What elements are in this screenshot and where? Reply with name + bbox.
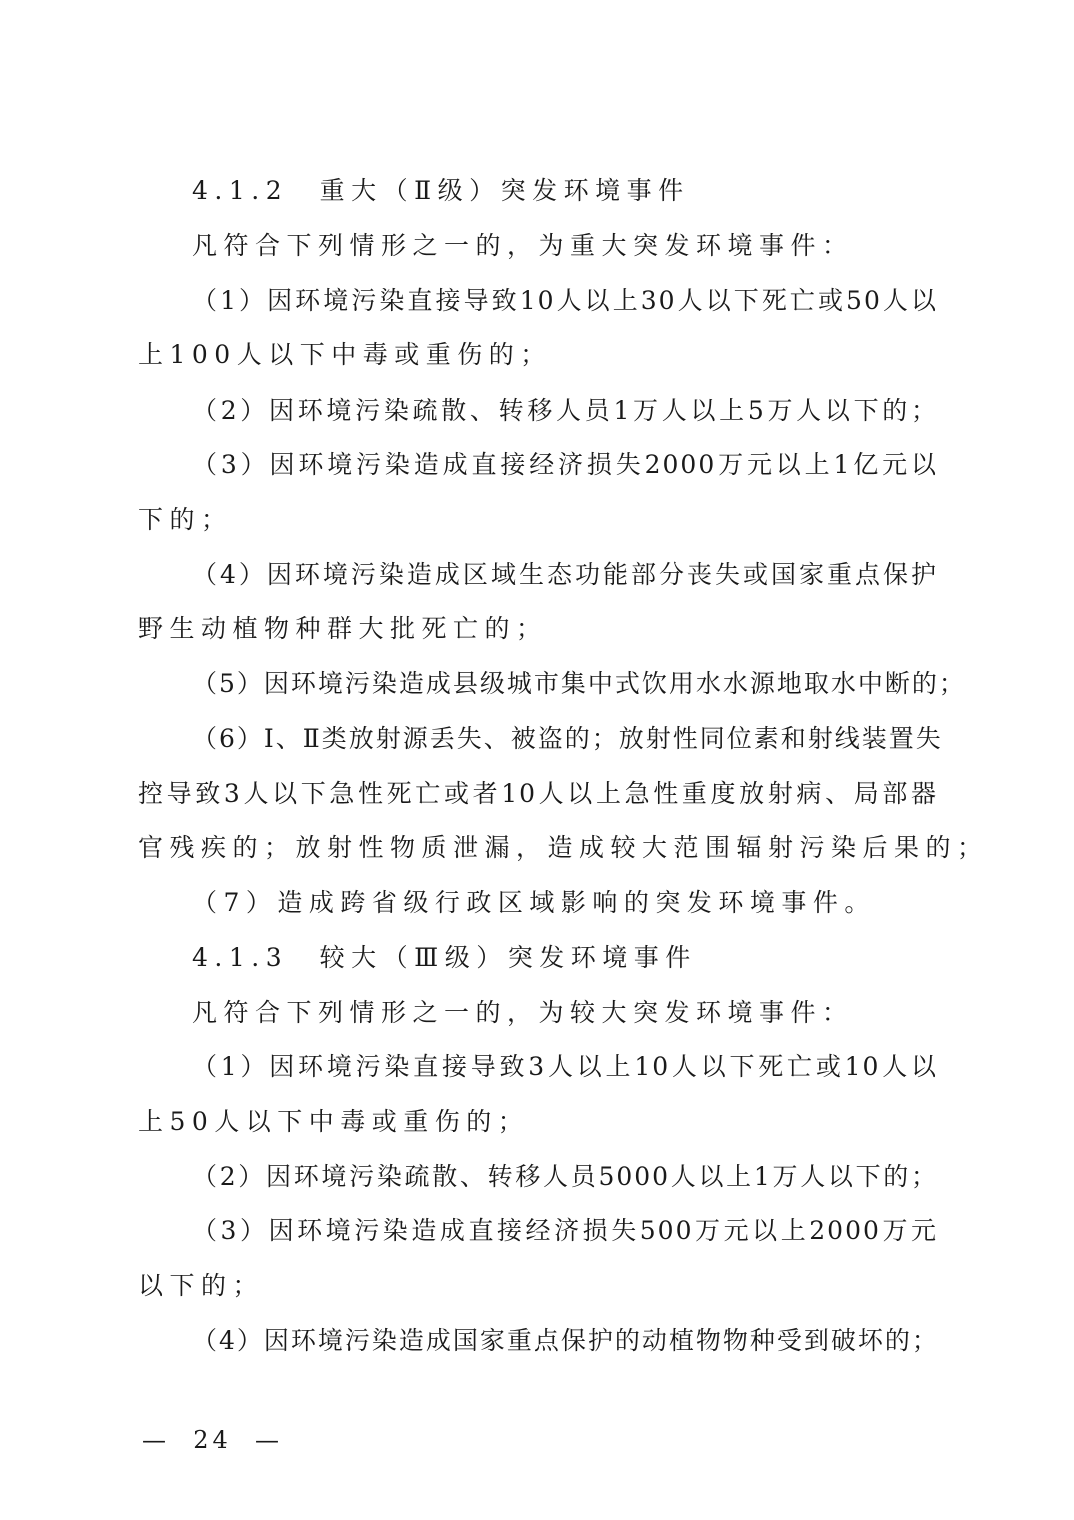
document-page: 4.1.2 重大（Ⅱ级）突发环境事件凡符合下列情形之一的，为重大突发环境事件：（… (0, 0, 1074, 1520)
text-line: 凡符合下列情形之一的，为重大突发环境事件： (192, 231, 992, 261)
text-line: 野生动植物种群大批死亡的； (138, 614, 938, 644)
text-line: 上100人以下中毒或重伤的； (138, 340, 938, 370)
text-line: （2）因环境污染疏散、转移人员5000人以上1万人以下的； (192, 1162, 938, 1192)
text-line: （3）因环境污染造成直接经济损失2000万元以上1亿元以 (192, 450, 938, 480)
text-line: （3）因环境污染造成直接经济损失500万元以上2000万元 (192, 1216, 938, 1246)
text-line: 上50人以下中毒或重伤的； (138, 1107, 938, 1137)
page-number: — 24 — (142, 1425, 283, 1455)
text-line: （7）造成跨省级行政区域影响的突发环境事件。 (192, 888, 992, 918)
text-line: （1）因环境污染直接导致3人以上10人以下死亡或10人以 (192, 1052, 938, 1082)
text-line: （6）Ⅰ、Ⅱ类放射源丢失、被盗的；放射性同位素和射线装置失 (192, 724, 938, 754)
text-line: 4.1.3 较大（Ⅲ级）突发环境事件 (192, 943, 992, 973)
text-line: （4）因环境污染造成区域生态功能部分丧失或国家重点保护 (192, 560, 938, 590)
text-line: （2）因环境污染疏散、转移人员1万人以上5万人以下的； (192, 396, 938, 426)
text-line: 凡符合下列情形之一的，为较大突发环境事件： (192, 998, 992, 1028)
text-line: （1）因环境污染直接导致10人以上30人以下死亡或50人以 (192, 286, 938, 316)
text-line: （4）因环境污染造成国家重点保护的动植物物种受到破坏的； (192, 1326, 938, 1356)
text-line: 官残疾的；放射性物质泄漏，造成较大范围辐射污染后果的； (138, 833, 938, 863)
text-line: 下的； (138, 505, 938, 535)
text-line: 以下的； (138, 1271, 938, 1301)
text-line: 4.1.2 重大（Ⅱ级）突发环境事件 (192, 176, 992, 206)
text-line: 控导致3人以下急性死亡或者10人以上急性重度放射病、局部器 (138, 779, 938, 809)
text-line: （5）因环境污染造成县级城市集中式饮用水水源地取水中断的； (192, 669, 938, 699)
